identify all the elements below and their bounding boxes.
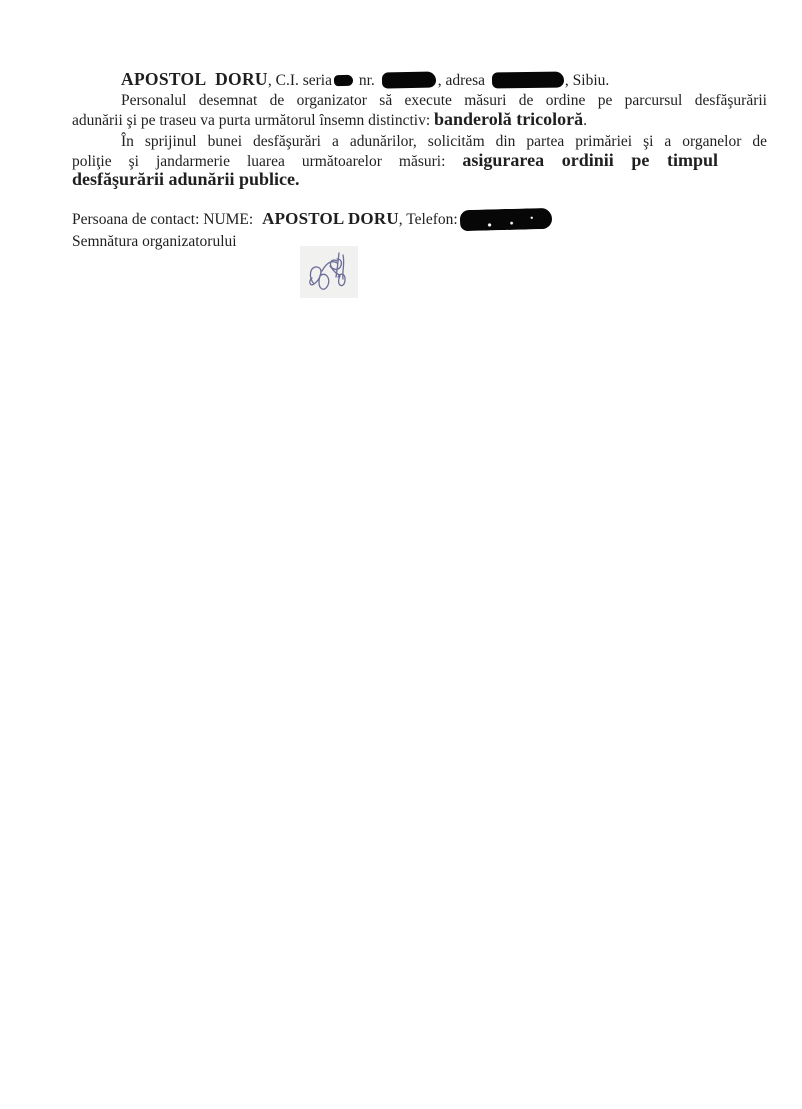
paragraph3-line3-bold: desfăşurării adunării publice.: [72, 169, 718, 190]
paragraph3-line1: În sprijinul bunei desfăşurări a adunări…: [72, 131, 767, 152]
address-label: , adresa: [438, 72, 485, 89]
distinctive-sign-bold: banderolă tricoloră: [434, 109, 583, 129]
signature-label: Semnătura organizatorului: [72, 231, 718, 252]
scanned-document-page: APOSTOL DORU, C.I. seria nr. , adresa , …: [0, 0, 802, 1109]
contact-line: Persoana de contact: NUME: APOSTOL DORU,…: [72, 208, 718, 231]
paragraph2-line2: adunării şi pe traseu va purta următorul…: [72, 109, 718, 131]
paragraph3-line2-text: poliţie şi jandarmerie luarea următoarel…: [72, 153, 462, 170]
organizer-name: APOSTOL DORU: [121, 69, 268, 89]
paragraph2-period: .: [583, 112, 587, 129]
ci-series-label: , C.I. seria: [268, 72, 332, 89]
phone-label: , Telefon:: [399, 211, 458, 228]
paragraph2-line1: Personalul desemnat de organizator să ex…: [72, 90, 767, 111]
redaction-address: [492, 72, 564, 89]
paragraph2-line2-text: adunării şi pe traseu va purta următorul…: [72, 112, 434, 129]
requested-measures-bold: asigurarea ordinii pe timpul: [462, 150, 718, 170]
city-text: , Sibiu.: [565, 72, 609, 89]
redaction-ci-series: [334, 75, 353, 87]
signature-scribble-icon: [300, 246, 358, 298]
contact-name: APOSTOL DORU: [262, 209, 399, 228]
contact-label: Persoana de contact: NUME:: [72, 211, 257, 228]
signature-image: [300, 246, 358, 298]
identity-line: APOSTOL DORU, C.I. seria nr. , adresa , …: [72, 69, 767, 91]
redaction-ci-number: [382, 72, 436, 89]
ci-number-label: nr.: [359, 72, 375, 89]
redaction-phone: [459, 208, 552, 231]
